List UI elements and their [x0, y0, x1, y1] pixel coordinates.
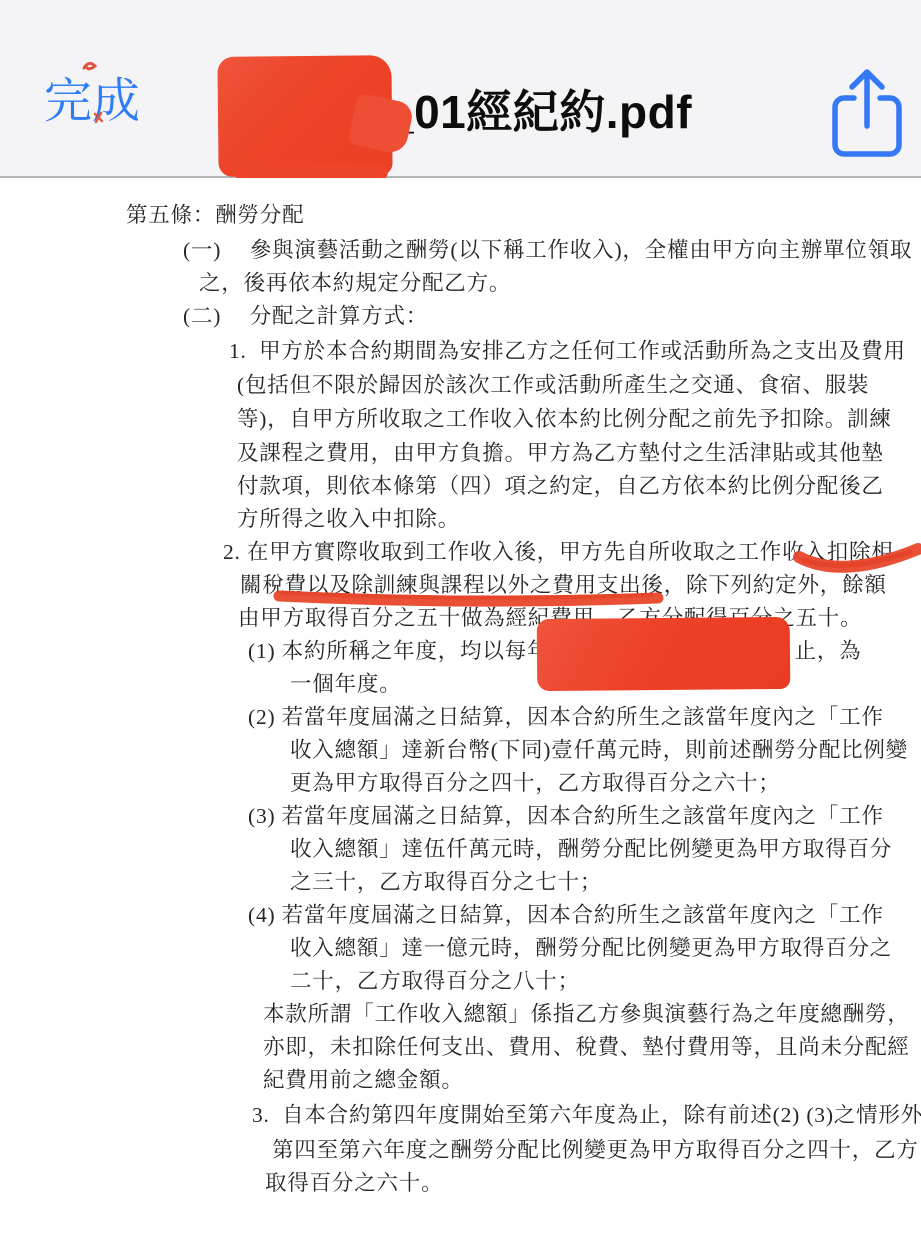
doc-line: 2. 在甲方實際收取到工作收入後，甲方先自所收取之工作收入扣除相 — [223, 538, 894, 566]
doc-line: (2) 若當年度屆滿之日結算，因本合約所生之該當年度內之「工作 — [248, 703, 884, 731]
share-button[interactable] — [830, 66, 904, 162]
doc-line: 收入總額」達一億元時，酬勞分配比例變更為甲方取得百分之 — [290, 934, 892, 962]
doc-line: 取得百分之六十。 — [265, 1169, 443, 1197]
doc-line: 方所得之收入中扣除。 — [237, 505, 460, 533]
doc-line: 一個年度。 — [290, 670, 402, 698]
doc-line: 二十，乙方取得百分之八十； — [290, 967, 580, 995]
doc-line: (4) 若當年度屆滿之日結算，因本合約所生之該當年度內之「工作 — [248, 901, 884, 929]
done-button[interactable]: 完成 — [44, 76, 140, 128]
doc-line: 3. 自本合約第四年度開始至第六年度為止，除有前述(2) (3)之情形外， — [252, 1101, 921, 1129]
doc-line: (3) 若當年度屆滿之日結算，因本合約所生之該當年度內之「工作 — [248, 802, 884, 830]
doc-line: 等)，自甲方所收取之工作收入依本約比例分配之前先予扣除。訓練 — [237, 405, 892, 433]
pdf-page-view[interactable]: 第五條：酬勞分配 (一) 參與演藝活動之酬勞(以下稱工作收入)，全權由甲方向主辦… — [0, 178, 921, 1242]
doc-line: 收入總額」達新台幣(下同)壹仟萬元時，則前述酬勞分配比例變 — [290, 736, 908, 764]
doc-line: (包括但不限於歸因於該次工作或活動所產生之交通、食宿、服裝 — [237, 371, 869, 399]
doc-line: (一) 參與演藝活動之酬勞(以下稱工作收入)，全權由甲方向主辦單位領取 — [183, 236, 912, 264]
doc-line: 之三十，乙方取得百分之七十； — [290, 868, 602, 896]
doc-line: 第四至第六年度之酬勞分配比例變更為甲方取得百分之四十，乙方 — [272, 1136, 919, 1164]
doc-line: 付款項，則依本條第（四）項之約定，自乙方依本約比例分配後乙 — [237, 472, 884, 500]
doc-line: 亦即，未扣除任何支出、費用、稅費、墊付費用等，且尚未分配經 — [263, 1033, 910, 1061]
doc-line: 關稅費以及除訓練與課程以外之費用支出後，除下列約定外，餘額 — [240, 571, 887, 599]
document-filename: _01經紀約.pdf — [388, 84, 692, 140]
share-icon — [830, 150, 904, 165]
doc-line: 1. 甲方於本合約期間為安排乙方之任何工作或活動所為之支出及費用 — [229, 337, 906, 365]
doc-line: 之，後再依本約規定分配乙方。 — [199, 269, 511, 297]
doc-line: 紀費用前之總金額。 — [263, 1066, 464, 1094]
pdf-viewer-toolbar: 完成 _01經紀約.pdf — [0, 0, 921, 178]
article-heading: 第五條：酬勞分配 — [126, 201, 304, 229]
doc-line: (二) 分配之計算方式： — [183, 302, 428, 330]
doc-line: 更為甲方取得百分之四十，乙方取得百分之六十； — [290, 769, 781, 797]
doc-line: 收入總額」達伍仟萬元時，酬勞分配比例變更為甲方取得百分 — [290, 835, 892, 863]
redaction-blob-date-range — [537, 617, 791, 691]
doc-line: 本款所謂「工作收入總額」係指乙方參與演藝行為之年度總酬勞， — [263, 1000, 910, 1028]
doc-line: 及課程之費用，由甲方負擔。甲方為乙方墊付之生活津貼或其他墊 — [237, 439, 884, 467]
